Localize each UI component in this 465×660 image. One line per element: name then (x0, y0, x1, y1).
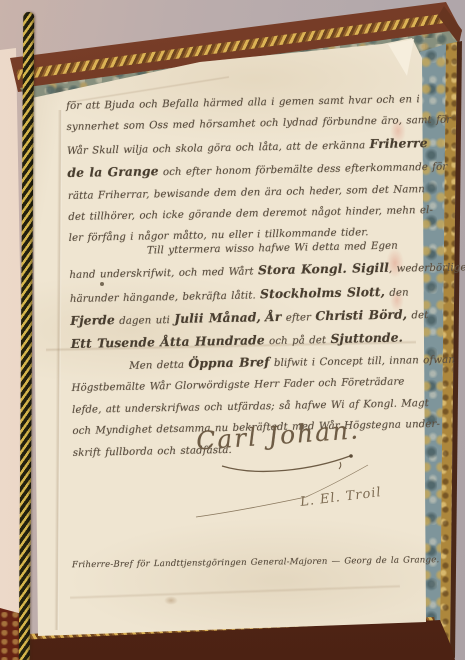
manuscript-paragraph: Till yttermera wisso hafwe Wi detta med … (69, 235, 407, 356)
manuscript-paragraph: för att Bjuda och Befalla härmed alla i … (66, 90, 405, 250)
document-photo: för att Bjuda och Befalla härmed alla i … (0, 0, 465, 660)
manuscript-text: för att Bjuda och Befalla härmed alla i … (66, 90, 409, 464)
binding-cord (19, 12, 35, 660)
